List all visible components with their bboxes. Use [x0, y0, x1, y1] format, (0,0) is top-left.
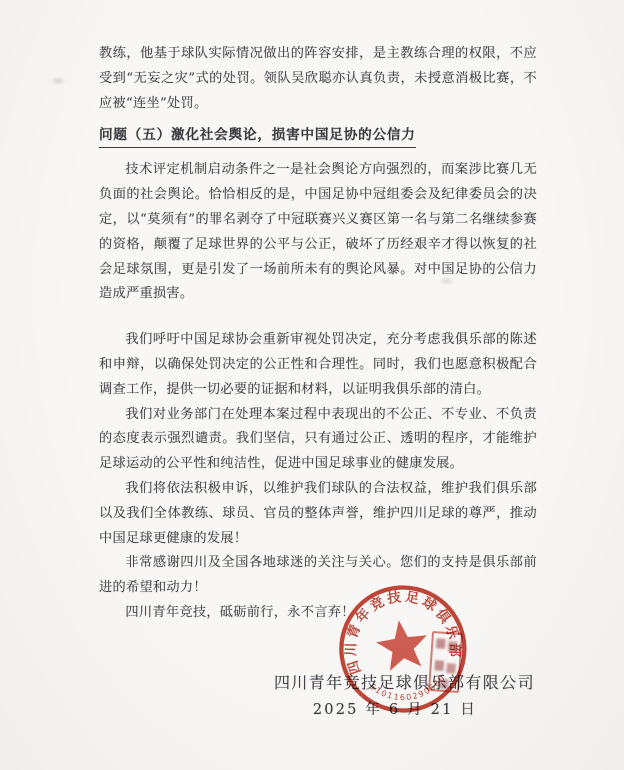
- paragraph-continuation: 教练，他基于球队实际情况做出的阵容安排，是主教练合理的权限，不应受到“无妄之灾”…: [99, 42, 537, 116]
- paragraph: 我们呼吁中国足球协会重新审视处罚决定，充分考虑我俱乐部的陈述和申辩，以确保处罚决…: [99, 328, 537, 402]
- paragraph: 我们对业务部门在处理本案过程中表现出的不公正、不专业、不负责的态度表示强烈谴责。…: [99, 403, 537, 477]
- secondary-seal-mark: [428, 631, 463, 693]
- red-star-icon: [373, 617, 431, 672]
- closing-slogan: 四川青年竞技，砥砺前行，永不言弃！: [99, 601, 537, 626]
- scanned-letter-page: 教练，他基于球队实际情况做出的阵容安排，是主教练合理的权限，不应受到“无妄之灾”…: [0, 0, 624, 770]
- paragraph: 非常感谢四川及全国各地球迷的关注与关心。您们的支持是俱乐部前进的希望和动力！: [99, 551, 537, 601]
- paragraph: 我们将依法积极申诉，以维护我们球队的合法权益，维护我们俱乐部以及我们全体教练、球…: [99, 477, 537, 551]
- paragraph: 技术评定机制启动条件之一是社会舆论方向强烈的，而案涉比赛几无负面的社会舆论。恰恰…: [99, 158, 537, 307]
- section-heading: 问题（五）激化社会舆论，损害中国足协的公信力: [99, 126, 416, 148]
